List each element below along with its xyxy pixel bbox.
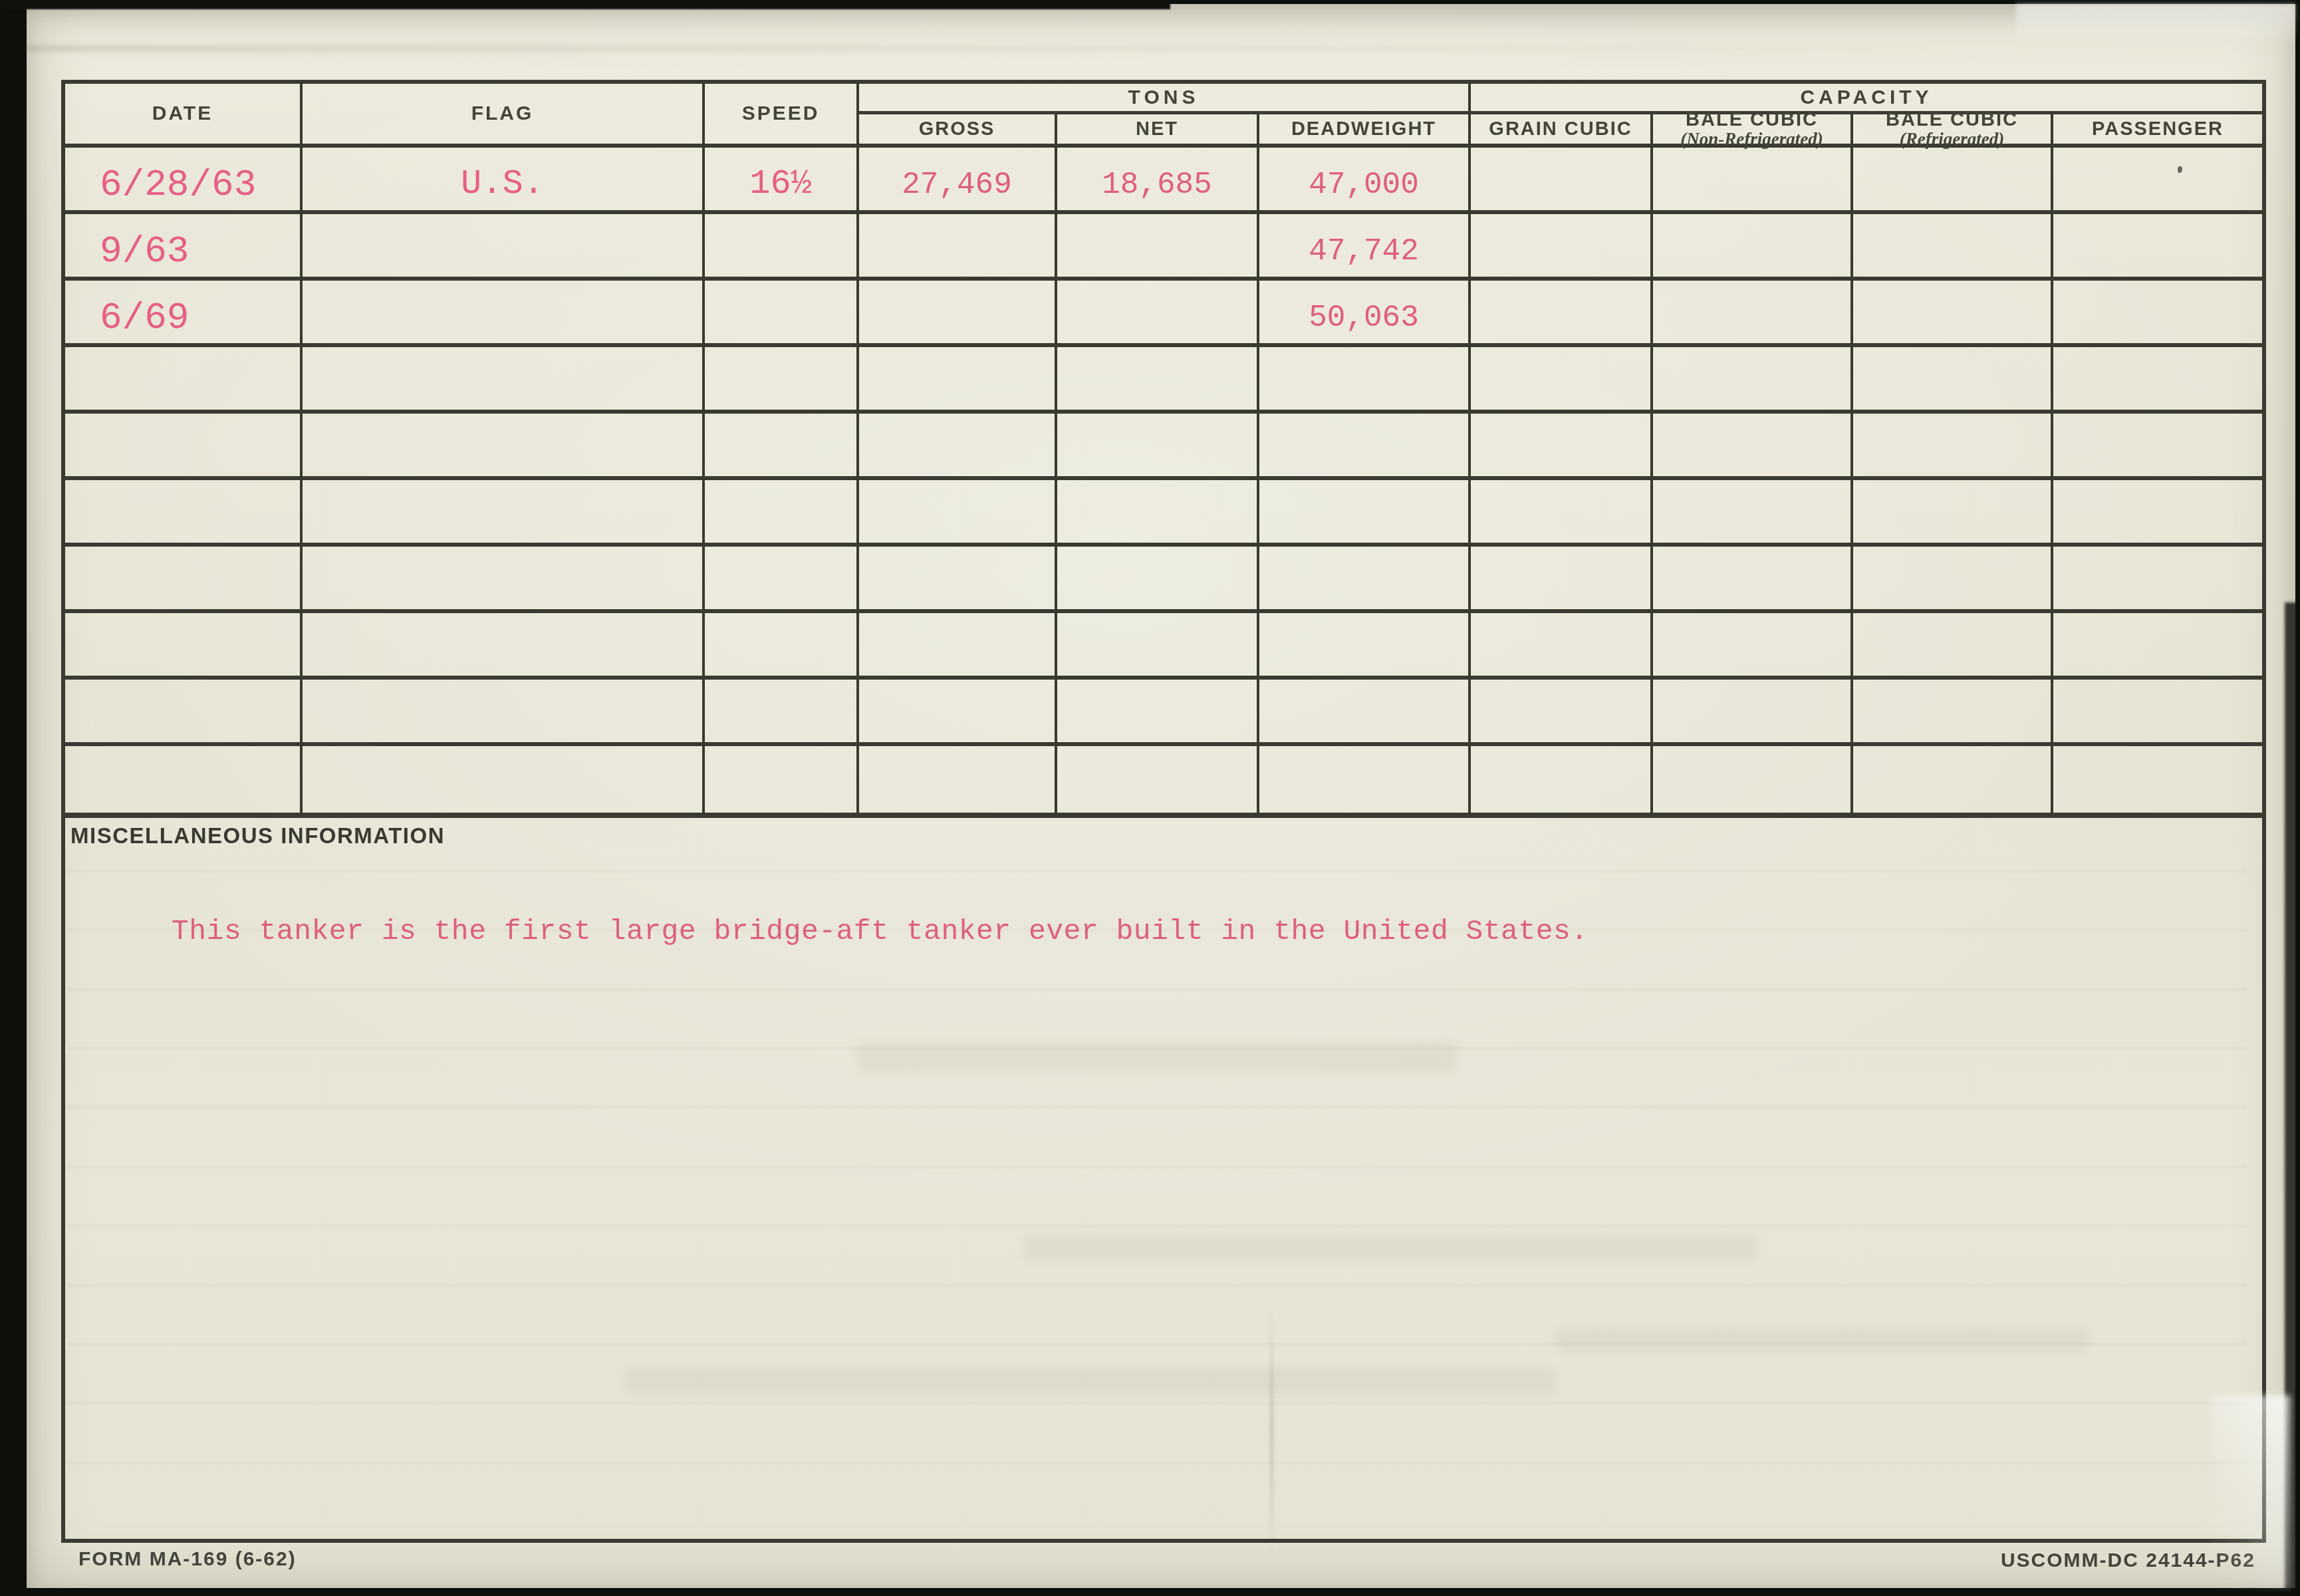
cell-deadweight: 47,742 bbox=[1259, 214, 1471, 281]
cell-speed bbox=[705, 680, 859, 746]
cell-date: 6/69 bbox=[65, 281, 303, 347]
cell-deadweight bbox=[1259, 414, 1471, 480]
cell-bale-nonref bbox=[1653, 414, 1853, 480]
cell-bale-nonref bbox=[1653, 746, 1853, 813]
cell-grain-cubic bbox=[1471, 547, 1653, 613]
cell-date: 6/28/63 bbox=[65, 148, 303, 214]
column-header-passenger: PASSENGER bbox=[2053, 114, 2262, 148]
cell-flag bbox=[303, 347, 705, 414]
cell-bale-ref bbox=[1853, 680, 2053, 746]
cell-date: 9/63 bbox=[65, 214, 303, 281]
cell-flag bbox=[303, 613, 705, 680]
cell-flag bbox=[303, 746, 705, 813]
cell-bale-nonref bbox=[1653, 613, 1853, 680]
cell-flag bbox=[303, 414, 705, 480]
gross-header-label: GROSS bbox=[919, 119, 995, 139]
cell-date bbox=[65, 347, 303, 414]
cell-gross bbox=[859, 613, 1057, 680]
cell-flag bbox=[303, 680, 705, 746]
bale-nonref-header-line2: (Non-Refrigerated) bbox=[1680, 130, 1823, 148]
cell-gross bbox=[859, 281, 1057, 347]
column-header-date: DATE bbox=[65, 84, 303, 148]
cell-gross bbox=[859, 480, 1057, 547]
cell-net bbox=[1057, 680, 1259, 746]
cell-net: 18,685 bbox=[1057, 148, 1259, 214]
bale-ref-header-line2: (Refrigerated) bbox=[1900, 130, 2004, 148]
cell-deadweight bbox=[1259, 746, 1471, 813]
cell-passenger bbox=[2053, 281, 2262, 347]
cell-speed bbox=[705, 746, 859, 813]
cell-grain-cubic bbox=[1471, 347, 1653, 414]
cell-passenger bbox=[2053, 148, 2262, 214]
ghost-text-smudge bbox=[1024, 1234, 1755, 1261]
cell-grain-cubic bbox=[1471, 281, 1653, 347]
column-header-deadweight: DEADWEIGHT bbox=[1259, 114, 1471, 148]
cell-net bbox=[1057, 347, 1259, 414]
cell-bale-ref bbox=[1853, 547, 2053, 613]
cell-flag bbox=[303, 281, 705, 347]
cell-bale-ref bbox=[1853, 414, 2053, 480]
cell-grain-cubic bbox=[1471, 480, 1653, 547]
cell-speed bbox=[705, 547, 859, 613]
date-header-label: DATE bbox=[152, 102, 213, 125]
cell-passenger bbox=[2053, 613, 2262, 680]
cell-deadweight bbox=[1259, 547, 1471, 613]
cell-grain-cubic bbox=[1471, 680, 1653, 746]
cell-bale-ref bbox=[1853, 746, 2053, 813]
column-header-flag: FLAG bbox=[303, 84, 705, 148]
cell-bale-nonref bbox=[1653, 148, 1853, 214]
cell-net bbox=[1057, 281, 1259, 347]
column-header-grain-cubic: GRAIN CUBIC bbox=[1471, 114, 1653, 148]
cell-flag bbox=[303, 214, 705, 281]
column-header-bale-ref: BALE CUBIC(Refrigerated) bbox=[1853, 114, 2053, 148]
paper-crease bbox=[1270, 1301, 1273, 1561]
cell-net bbox=[1057, 613, 1259, 680]
cell-date bbox=[65, 613, 303, 680]
cell-bale-ref bbox=[1853, 148, 2053, 214]
tons-group-label: TONS bbox=[1128, 86, 1200, 109]
group-header-capacity: CAPACITY bbox=[1471, 84, 2262, 114]
stray-ink-mark bbox=[2178, 166, 2182, 173]
cell-date bbox=[65, 414, 303, 480]
passenger-header-label: PASSENGER bbox=[2092, 119, 2224, 139]
bale-ref-header-line1: BALE CUBIC bbox=[1886, 110, 2018, 130]
capacity-group-label: CAPACITY bbox=[1800, 86, 1932, 109]
cell-bale-ref bbox=[1853, 214, 2053, 281]
cell-gross: 27,469 bbox=[859, 148, 1057, 214]
cell-passenger bbox=[2053, 547, 2262, 613]
cell-bale-nonref bbox=[1653, 281, 1853, 347]
cell-flag bbox=[303, 547, 705, 613]
cell-bale-ref bbox=[1853, 281, 2053, 347]
speed-header-label: SPEED bbox=[742, 102, 820, 125]
cell-speed bbox=[705, 480, 859, 547]
cell-bale-nonref bbox=[1653, 680, 1853, 746]
cell-gross bbox=[859, 680, 1057, 746]
cell-speed bbox=[705, 281, 859, 347]
cell-flag: U.S. bbox=[303, 148, 705, 214]
cell-passenger bbox=[2053, 680, 2262, 746]
cell-date bbox=[65, 480, 303, 547]
grain-cubic-header-label: GRAIN CUBIC bbox=[1489, 119, 1632, 139]
column-header-bale-nonref: BALE CUBIC(Non-Refrigerated) bbox=[1653, 114, 1853, 148]
cell-deadweight bbox=[1259, 347, 1471, 414]
deadweight-header-label: DEADWEIGHT bbox=[1291, 119, 1436, 139]
cell-passenger bbox=[2053, 746, 2262, 813]
cell-passenger bbox=[2053, 480, 2262, 547]
cell-speed bbox=[705, 214, 859, 281]
cell-net bbox=[1057, 547, 1259, 613]
bleed-through-ruling bbox=[66, 855, 2247, 1520]
cell-gross bbox=[859, 347, 1057, 414]
group-header-tons: TONS bbox=[859, 84, 1471, 114]
cell-gross bbox=[859, 414, 1057, 480]
cell-net bbox=[1057, 746, 1259, 813]
cell-bale-ref bbox=[1853, 613, 2053, 680]
column-header-speed: SPEED bbox=[705, 84, 859, 148]
cell-deadweight bbox=[1259, 613, 1471, 680]
ghost-text-smudge bbox=[625, 1367, 1556, 1395]
cell-deadweight bbox=[1259, 680, 1471, 746]
scan-smudge bbox=[27, 45, 1955, 52]
ghost-text-smudge bbox=[858, 1041, 1456, 1072]
net-header-label: NET bbox=[1136, 119, 1178, 139]
cell-passenger bbox=[2053, 214, 2262, 281]
cell-gross bbox=[859, 547, 1057, 613]
flag-header-label: FLAG bbox=[471, 102, 534, 125]
cell-date bbox=[65, 746, 303, 813]
ghost-text-smudge bbox=[1556, 1327, 2088, 1353]
cell-date bbox=[65, 547, 303, 613]
cell-deadweight: 47,000 bbox=[1259, 148, 1471, 214]
cell-bale-nonref bbox=[1653, 347, 1853, 414]
cell-speed: 16½ bbox=[705, 148, 859, 214]
scanned-page: DATE FLAG SPEED TONS CAPACITY GROSS NET … bbox=[0, 0, 2300, 1596]
cell-date bbox=[65, 680, 303, 746]
cell-gross bbox=[859, 214, 1057, 281]
column-header-net: NET bbox=[1057, 114, 1259, 148]
cell-passenger bbox=[2053, 347, 2262, 414]
cell-speed bbox=[705, 347, 859, 414]
cell-grain-cubic bbox=[1471, 414, 1653, 480]
cell-bale-nonref bbox=[1653, 480, 1853, 547]
cell-deadweight: 50,063 bbox=[1259, 281, 1471, 347]
cell-speed bbox=[705, 613, 859, 680]
cell-bale-nonref bbox=[1653, 547, 1853, 613]
paper-sheet: DATE FLAG SPEED TONS CAPACITY GROSS NET … bbox=[27, 4, 2295, 1588]
cell-gross bbox=[859, 746, 1057, 813]
cell-net bbox=[1057, 480, 1259, 547]
scan-edge-top bbox=[0, 0, 1170, 9]
form-number-label: FORM MA-169 (6-62) bbox=[78, 1548, 297, 1571]
cell-grain-cubic bbox=[1471, 746, 1653, 813]
cell-bale-ref bbox=[1853, 347, 2053, 414]
bale-nonref-header-line1: BALE CUBIC bbox=[1686, 110, 1818, 130]
cell-grain-cubic bbox=[1471, 613, 1653, 680]
cell-bale-nonref bbox=[1653, 214, 1853, 281]
cell-flag bbox=[303, 480, 705, 547]
paper-corner-highlight bbox=[2016, 4, 2295, 44]
cell-deadweight bbox=[1259, 480, 1471, 547]
record-table: DATE FLAG SPEED TONS CAPACITY GROSS NET … bbox=[65, 84, 2262, 818]
cell-net bbox=[1057, 414, 1259, 480]
cell-speed bbox=[705, 414, 859, 480]
cell-grain-cubic bbox=[1471, 214, 1653, 281]
miscellaneous-information-label: MISCELLANEOUS INFORMATION bbox=[70, 823, 445, 849]
paper-crumple bbox=[2210, 1395, 2290, 1588]
column-header-gross: GROSS bbox=[859, 114, 1057, 148]
cell-passenger bbox=[2053, 414, 2262, 480]
cell-bale-ref bbox=[1853, 480, 2053, 547]
cell-net bbox=[1057, 214, 1259, 281]
cell-grain-cubic bbox=[1471, 148, 1653, 214]
